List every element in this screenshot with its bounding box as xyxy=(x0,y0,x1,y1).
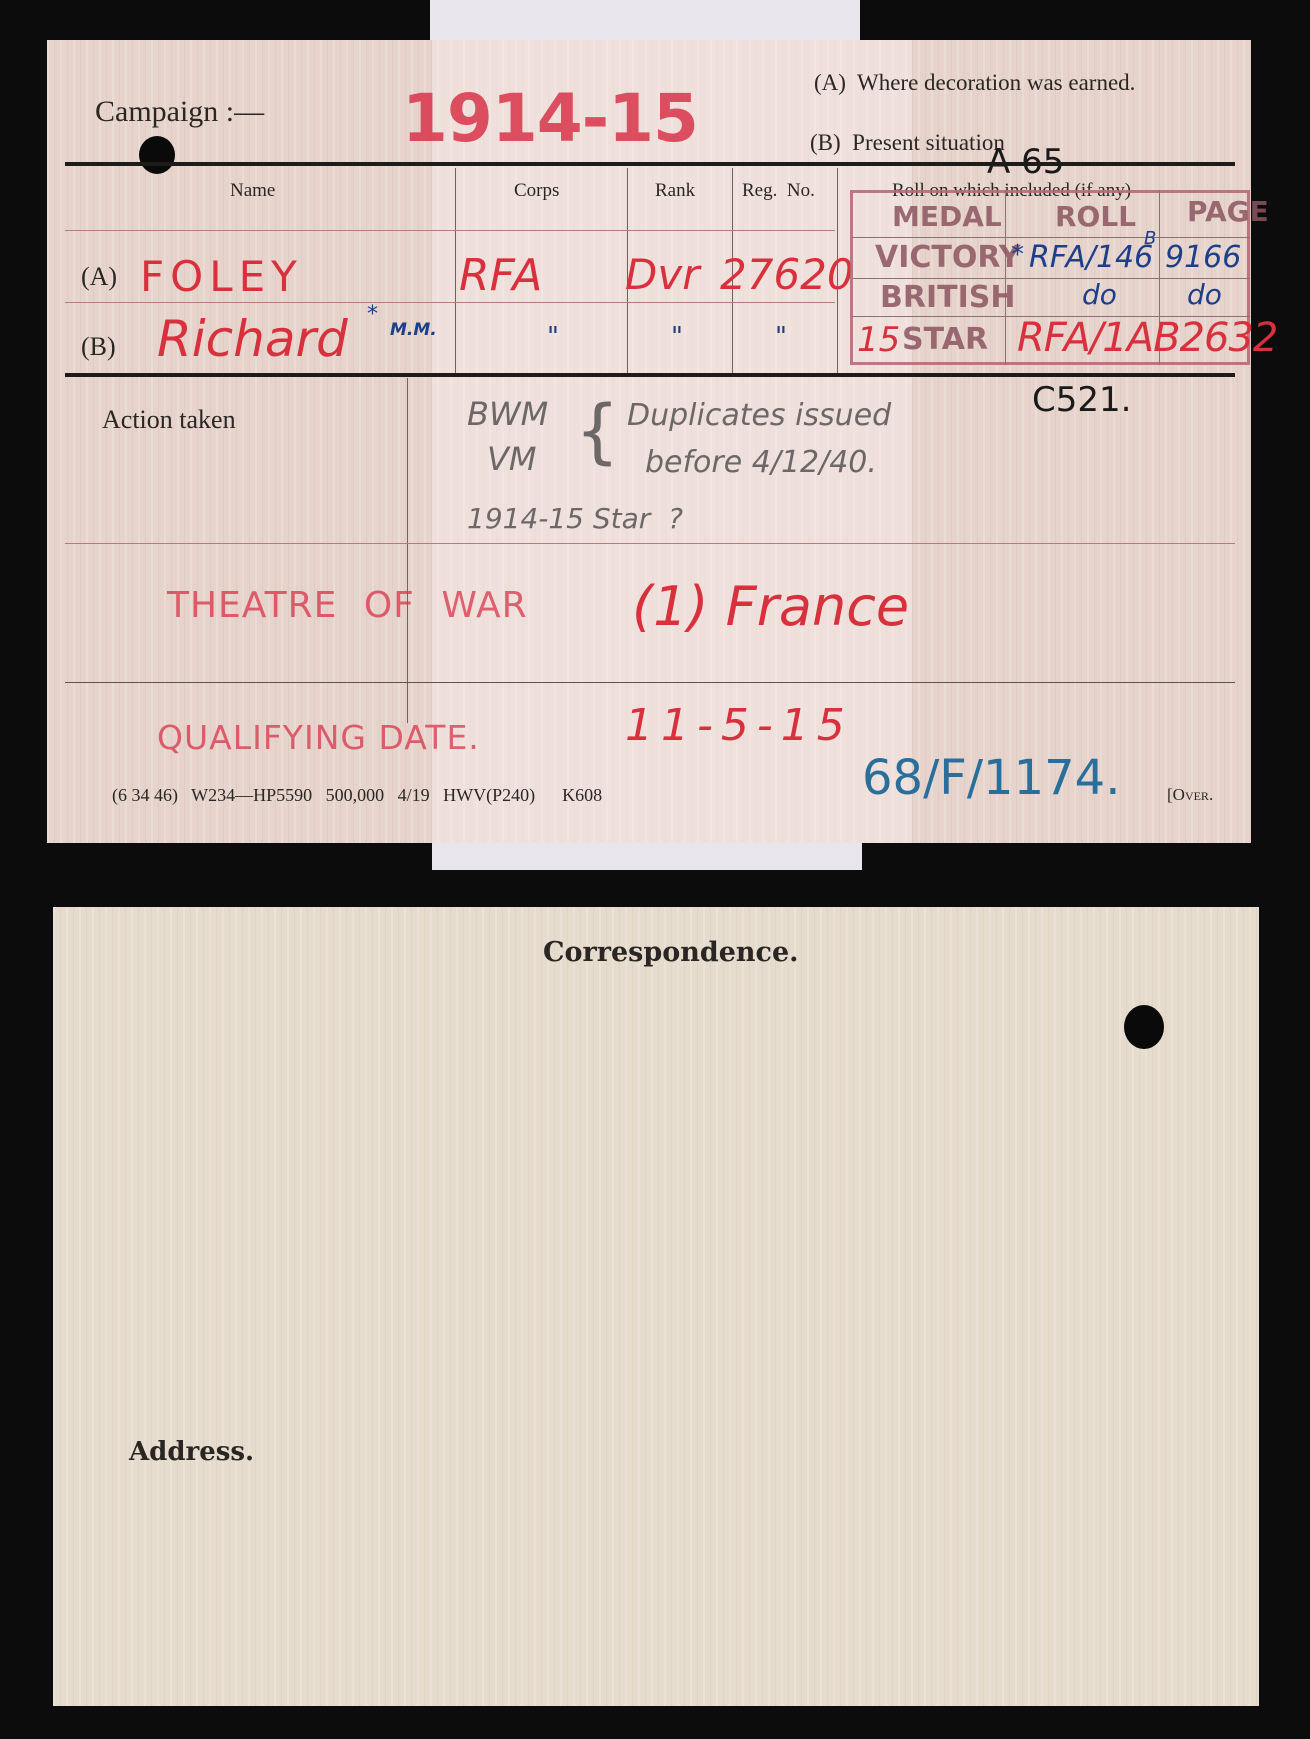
row-a-reg-no: 27620 xyxy=(720,250,854,299)
name-header: Name xyxy=(230,180,275,202)
header-divider xyxy=(65,162,1235,166)
page-column-header: PAGE xyxy=(1187,195,1269,228)
action-taken-label: Action taken xyxy=(102,405,236,435)
british-medal-label: BRITISH xyxy=(880,280,1015,315)
surname: FOLEY xyxy=(140,252,303,301)
punch-hole xyxy=(139,136,175,174)
star-medal-label: STAR xyxy=(902,322,988,357)
campaign-label: Campaign :— xyxy=(95,95,264,129)
corps-header: Corps xyxy=(514,180,559,202)
victory-roll-sup: B xyxy=(1144,228,1156,249)
campaign-stamp: 1914-15 xyxy=(402,80,698,157)
row-a-corps: RFA xyxy=(459,250,542,301)
action-note-brace: { xyxy=(575,390,620,472)
print-code: (6 34 46) W234—HP5590 500,000 4/19 HWV(P… xyxy=(112,785,602,806)
row-a-label: (A) xyxy=(81,262,117,292)
roll-column-header: ROLL xyxy=(1055,200,1136,233)
theatre-of-war-label: THEATRE OF WAR xyxy=(167,585,528,626)
annotation-c521: C521. xyxy=(1032,380,1131,420)
qualifying-date-label: QUALIFYING DATE. xyxy=(157,718,480,757)
action-note-vm: VM xyxy=(487,440,537,478)
victory-page: 9166 xyxy=(1165,240,1241,275)
row-b-mark: * xyxy=(367,302,378,327)
row-a-rank: Dvr xyxy=(625,250,699,299)
row-line xyxy=(65,302,835,303)
theatre-of-war-value: (1) France xyxy=(632,575,909,638)
star-prefix: 15 xyxy=(857,320,900,360)
forename: Richard xyxy=(157,310,348,368)
action-divider xyxy=(407,378,408,723)
row-line xyxy=(65,230,835,231)
action-note-star: 1914-15 Star ? xyxy=(467,502,683,535)
action-note-date: before 4/12/40. xyxy=(645,445,877,480)
section-line xyxy=(65,682,1235,683)
over-label: [Over. xyxy=(1167,785,1213,805)
rank-header: Rank xyxy=(655,180,695,202)
present-situation-label: (B) Present situation xyxy=(810,130,1005,156)
medal-roll-line xyxy=(852,237,1250,238)
reference-number: 68/F/1174. xyxy=(862,750,1120,806)
section-line xyxy=(65,543,1235,544)
scan-background-strip xyxy=(430,0,860,40)
star-roll: RFA/1AB2632 xyxy=(1017,315,1277,361)
medal-index-card-front: Campaign :— 1914-15 (A) Where decoration… xyxy=(47,40,1251,843)
row-b-corps-ditto: " xyxy=(547,322,559,352)
medal-column-header: MEDAL xyxy=(892,200,1002,233)
action-note-duplicates: Duplicates issued xyxy=(627,398,891,433)
scan-background-strip xyxy=(432,840,862,870)
qualifying-date-value: 11-5-15 xyxy=(625,700,853,751)
medal-index-card-back: Correspondence. Address. xyxy=(53,907,1259,1706)
row-b-reg-ditto: " xyxy=(775,322,787,352)
row-b-rank-ditto: " xyxy=(671,322,683,352)
victory-medal-label: VICTORY xyxy=(875,240,1021,275)
victory-roll: RFA/146 xyxy=(1009,240,1153,275)
row-b-label: (B) xyxy=(81,332,116,362)
row-b-award: M.M. xyxy=(390,320,437,340)
address-label: Address. xyxy=(129,1437,254,1467)
column-divider xyxy=(455,168,456,373)
british-roll-ditto: do xyxy=(1082,278,1117,311)
action-note-bwm: BWM xyxy=(467,395,548,433)
decoration-earned-label: (A) Where decoration was earned. xyxy=(814,70,1135,96)
reg-no-header: Reg. No. xyxy=(742,180,815,202)
british-page-ditto: do xyxy=(1187,278,1222,311)
details-divider xyxy=(65,373,1235,377)
punch-hole xyxy=(1124,1005,1164,1049)
correspondence-heading: Correspondence. xyxy=(543,937,799,968)
